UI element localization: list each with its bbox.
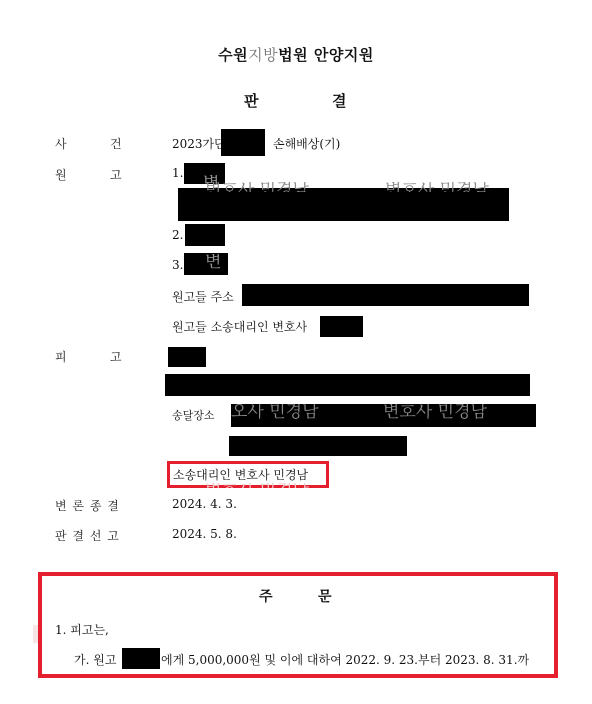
order-item-1: 1. 피고는, xyxy=(55,621,109,638)
verdict-label: 판 결 선 고 xyxy=(55,527,120,544)
redaction-order-plaintiff-name xyxy=(122,648,160,669)
case-label-1: 사 xyxy=(55,135,67,152)
redaction-plaintiffs-address xyxy=(242,284,529,306)
defendant-label-1: 피 xyxy=(55,348,67,365)
document-title-char-2: 결 xyxy=(332,90,347,111)
watermark-text: 변호사 민경남 xyxy=(205,182,330,192)
service-address-label: 송달장소 xyxy=(172,407,215,423)
court-name-prefix: 수원 xyxy=(218,46,248,64)
redaction-defendant-address xyxy=(165,374,530,396)
watermark-fragment: 변 xyxy=(205,254,228,272)
order-line-text: 에게 5,000,000원 및 이에 대하여 2022. 9. 23.부터 20… xyxy=(161,651,529,668)
closing-date: 2024. 4. 3. xyxy=(172,497,237,511)
closing-label: 변 론 종 결 xyxy=(55,497,120,514)
redaction-plaintiff-2-name xyxy=(185,224,225,246)
watermark-text: 변호사 민경남 xyxy=(383,404,513,424)
defendant-label-2: 고 xyxy=(110,348,122,365)
case-number-prefix: 2023가단 xyxy=(172,135,226,152)
court-name: 수원지방법원 안양지원 xyxy=(0,44,592,65)
plaintiff-item-3-number: 3. xyxy=(172,258,183,272)
plaintiff-label-1: 원 xyxy=(55,166,67,183)
watermark-text: 오사 민경남 xyxy=(231,404,341,424)
redaction-case-number xyxy=(221,129,265,156)
order-title-char-1: 주 xyxy=(259,586,273,606)
order-line-prefix: 가. 원고 xyxy=(74,651,116,668)
redaction-plaintiff-1-address xyxy=(178,188,509,221)
case-type: 손해배상(기) xyxy=(273,135,340,152)
redaction-service-address-2 xyxy=(229,436,407,456)
case-label-2: 건 xyxy=(110,135,122,152)
redaction-plaintiffs-attorney-name xyxy=(320,316,363,337)
order-title-char-2: 문 xyxy=(318,586,332,606)
verdict-date: 2024. 5. 8. xyxy=(172,527,237,541)
plaintiffs-attorney-label: 원고들 소송대리인 변호사 xyxy=(172,318,307,335)
plaintiff-label-2: 고 xyxy=(110,166,122,183)
court-name-faded: 지방 xyxy=(248,46,278,64)
defendant-attorney: 소송대리인 변호사 민경남 xyxy=(173,466,308,483)
watermark-text: 변호사 민경남 xyxy=(205,483,325,488)
watermark-text: 변호사 민경남 xyxy=(385,182,510,192)
document-title-char-1: 판 xyxy=(244,90,259,111)
court-name-rest: 법원 안양지원 xyxy=(278,46,374,64)
plaintiffs-address-label: 원고들 주소 xyxy=(172,288,234,305)
redaction-defendant-name xyxy=(168,347,206,367)
plaintiff-item-1-number: 1. xyxy=(172,166,183,180)
plaintiff-item-2-number: 2. xyxy=(172,228,183,242)
